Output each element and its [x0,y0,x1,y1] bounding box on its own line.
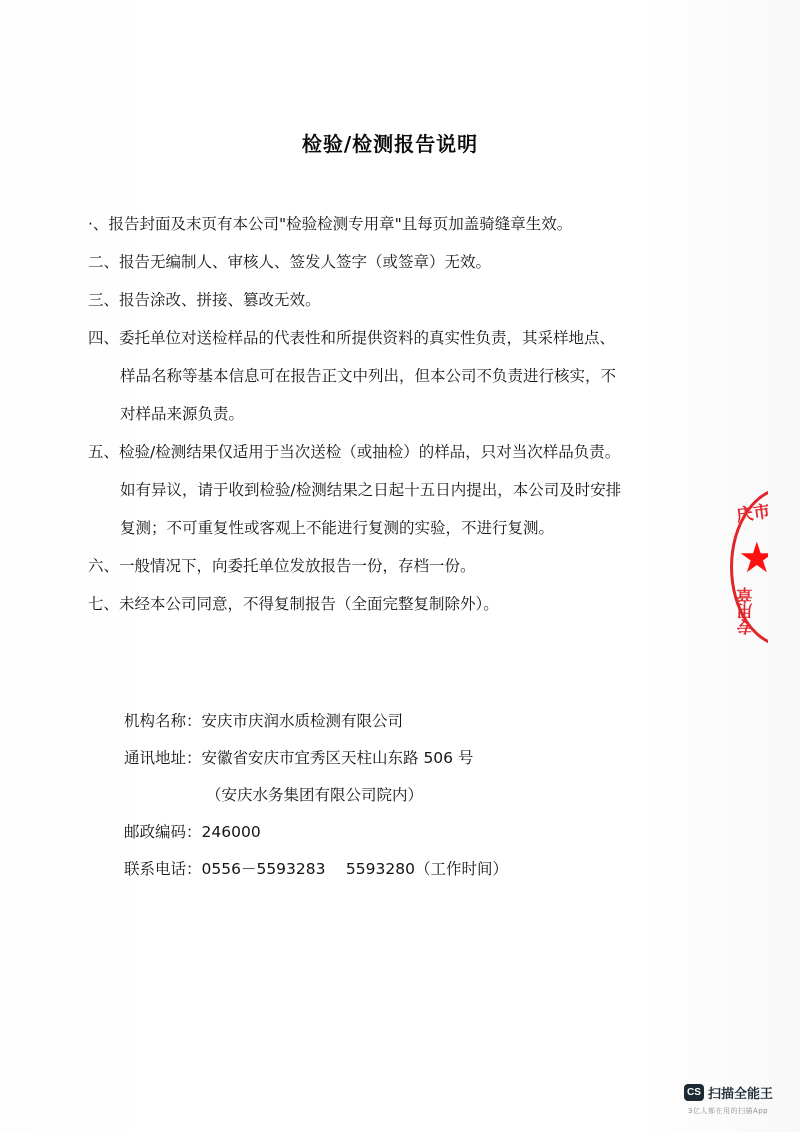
org-name-value: 安庆市庆润水质检测有限公司 [202,712,404,730]
rule-item-5-continuation-1: 如有异议，请于收到检验/检测结果之日起十五日内提出，本公司及时安排 [88,471,708,509]
camscanner-logo-icon: CS [684,1084,704,1101]
rule-text: 一般情况下，向委托单位发放报告一份，存档一份。 [119,557,476,575]
phone-line: 联系电话：0556－5593283 5593280（工作时间） [124,851,584,888]
address-value: 安徽省安庆市宜秀区天柱山东路 506 号 [202,749,474,767]
document-page: 检验/检测报告说明 ·、报告封面及末页有本公司"检验检测专用章"且每页加盖骑缝章… [0,0,800,1132]
rule-item-2: 二、报告无编制人、审核人、签发人签字（或签章）无效。 [88,243,708,281]
rule-item-3: 三、报告涂改、拼接、篡改无效。 [88,281,708,319]
rule-number: ·、 [88,205,108,243]
org-name-label: 机构名称： [124,703,202,740]
rules-list: ·、报告封面及末页有本公司"检验检测专用章"且每页加盖骑缝章生效。 二、报告无编… [88,205,708,623]
watermark-tagline: 3亿人都在用的扫描App [688,1106,768,1116]
postcode-label: 邮政编码： [124,814,202,851]
rule-item-4-continuation-2: 对样品来源负责。 [88,395,708,433]
org-name-line: 机构名称：安庆市庆润水质检测有限公司 [124,703,584,740]
rule-text: 委托单位对送检样品的代表性和所提供资料的真实性负责，其采样地点、 [119,329,615,347]
rule-item-7: 七、未经本公司同意，不得复制报告（全面完整复制除外）。 [88,585,708,623]
rule-text: 检验/检测结果仅适用于当次送检（或抽检）的样品，只对当次样品负责。 [119,443,620,461]
rule-item-5-continuation-2: 复测；不可重复性或客观上不能进行复测的实验，不进行复测。 [88,509,708,547]
phone-value: 0556－5593283 5593280（工作时间） [202,860,508,878]
partial-seal-stamp: 庆市 ★ 专用章 [728,487,768,649]
rule-text: 报告涂改、拼接、篡改无效。 [119,291,321,309]
postcode-value: 246000 [202,823,261,841]
rule-item-6: 六、一般情况下，向委托单位发放报告一份，存档一份。 [88,547,708,585]
scanner-watermark: CS 扫描全能王 3亿人都在用的扫描App [684,1082,794,1122]
rule-item-1: ·、报告封面及末页有本公司"检验检测专用章"且每页加盖骑缝章生效。 [88,205,708,243]
rule-number: 六、 [88,547,119,585]
phone-label: 联系电话： [124,851,202,888]
document-title: 检验/检测报告说明 [0,128,780,157]
star-icon: ★ [738,537,768,579]
rule-number: 四、 [88,319,119,357]
rule-number: 五、 [88,433,119,471]
rule-number: 七、 [88,585,119,623]
rule-item-4-continuation-1: 样品名称等基本信息可在报告正文中列出，但本公司不负责进行核实，不 [88,357,708,395]
address-line-2: （安庆水务集团有限公司院内） [124,777,584,814]
watermark-app-name: 扫描全能王 [708,1083,773,1102]
rule-number: 三、 [88,281,119,319]
rule-item-5: 五、检验/检测结果仅适用于当次送检（或抽检）的样品，只对当次样品负责。 [88,433,708,471]
rule-text: 报告无编制人、审核人、签发人签字（或签章）无效。 [119,253,491,271]
postcode-line: 邮政编码：246000 [124,814,584,851]
seal-text-bottom: 专用章 [734,587,757,635]
address-label: 通讯地址： [124,740,202,777]
rule-text: 未经本公司同意，不得复制报告（全面完整复制除外）。 [119,595,499,613]
rule-item-4: 四、委托单位对送检样品的代表性和所提供资料的真实性负责，其采样地点、 [88,319,708,357]
address-line: 通讯地址：安徽省安庆市宜秀区天柱山东路 506 号 [124,740,584,777]
organization-info: 机构名称：安庆市庆润水质检测有限公司 通讯地址：安徽省安庆市宜秀区天柱山东路 5… [124,703,584,888]
rule-number: 二、 [88,243,119,281]
rule-text: 报告封面及末页有本公司"检验检测专用章"且每页加盖骑缝章生效。 [108,215,572,233]
seal-text-top: 庆市 [734,497,768,526]
